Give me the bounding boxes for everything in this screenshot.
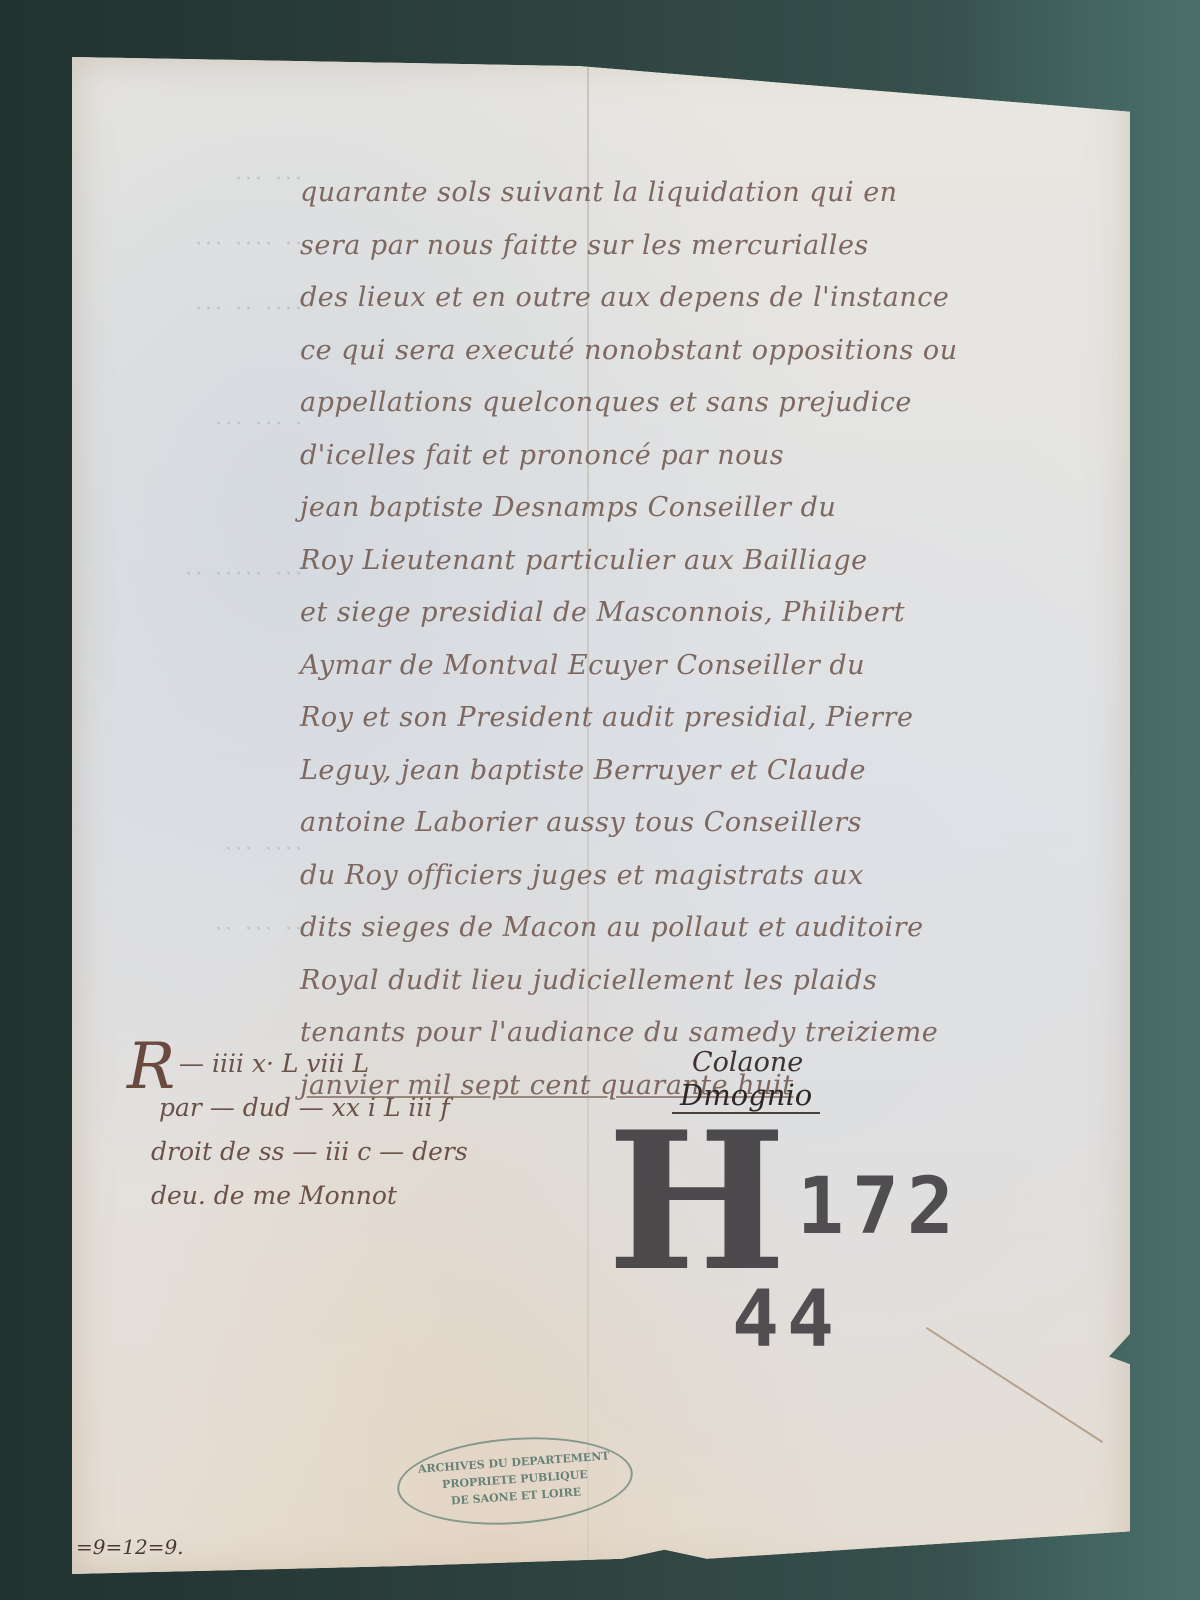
- document-sheet: ··· ··· ·· ···· ··· ···· ·· ··· · ··· ··…: [72, 57, 1130, 1577]
- manuscript-line: d'icelles fait et prononcé par nous: [300, 430, 1120, 483]
- bleed-through-text: ···· ···: [102, 837, 302, 862]
- manuscript-line: des lieux et en outre aux depens de l'in…: [300, 272, 1120, 325]
- manuscript-line: du Roy officiers juges et magistrats aux: [300, 850, 1120, 903]
- manuscript-line: jean baptiste Desnamps Conseiller du: [300, 482, 1120, 535]
- signature-collation: Colaone: [692, 1047, 932, 1078]
- manuscript-body: quarante sols suivant la liquidation qui…: [300, 167, 1120, 1112]
- archive-ink-stamp: ARCHIVES DU DEPARTEMENT PROPRIETE PUBLIQ…: [394, 1430, 635, 1532]
- bleed-through-text: ··· ····· ··: [102, 562, 302, 587]
- archive-number-top: 172: [797, 1162, 962, 1252]
- bleed-through-text: ··· ···: [102, 167, 302, 192]
- fee-line: deu. de me Monnot: [117, 1174, 537, 1218]
- paper-tear: [861, 1327, 1104, 1544]
- bleed-through-text: · ··· ···: [102, 412, 302, 437]
- manuscript-line: ce qui sera executé nonobstant oppositio…: [300, 325, 1120, 378]
- bleed-through-text: ·· ···· ···: [102, 232, 302, 257]
- bleed-through-text: ···· ·· ···: [102, 297, 302, 322]
- manuscript-line: antoine Laborier aussy tous Conseillers: [300, 797, 1120, 850]
- manuscript-line: dits sieges de Macon au pollaut et audit…: [300, 902, 1120, 955]
- manuscript-line: Roy Lieutenant particulier aux Bailliage: [300, 535, 1120, 588]
- manuscript-line: Royal dudit lieu judiciellement les plai…: [300, 955, 1120, 1008]
- manuscript-line: Roy et son President audit presidial, Pi…: [300, 692, 1120, 745]
- bleed-through-text: ·· ··· ··: [102, 917, 302, 942]
- fee-line: droit de ss — iii c — ders: [117, 1130, 537, 1174]
- archive-number-bottom: 44: [732, 1275, 842, 1365]
- manuscript-line: Leguy, jean baptiste Berruyer et Claude: [300, 745, 1120, 798]
- reference-number: =9=12=9.: [76, 1535, 184, 1559]
- archive-series-letter: H: [607, 1107, 781, 1297]
- fee-line: par — dud — xx i L iii f: [117, 1086, 537, 1130]
- manuscript-line: sera par nous faitte sur les mercurialle…: [300, 220, 1120, 273]
- fee-notation: R — iiii x· L viii L par — dud — xx i L …: [117, 1042, 537, 1218]
- manuscript-line: et siege presidial de Masconnois, Philib…: [300, 587, 1120, 640]
- manuscript-line: appellations quelconques et sans prejudi…: [300, 377, 1120, 430]
- fee-initial: R: [127, 1030, 175, 1104]
- manuscript-line: quarante sols suivant la liquidation qui…: [300, 167, 1120, 220]
- manuscript-line: Aymar de Montval Ecuyer Conseiller du: [300, 640, 1120, 693]
- fee-line: — iiii x· L viii L: [117, 1042, 537, 1086]
